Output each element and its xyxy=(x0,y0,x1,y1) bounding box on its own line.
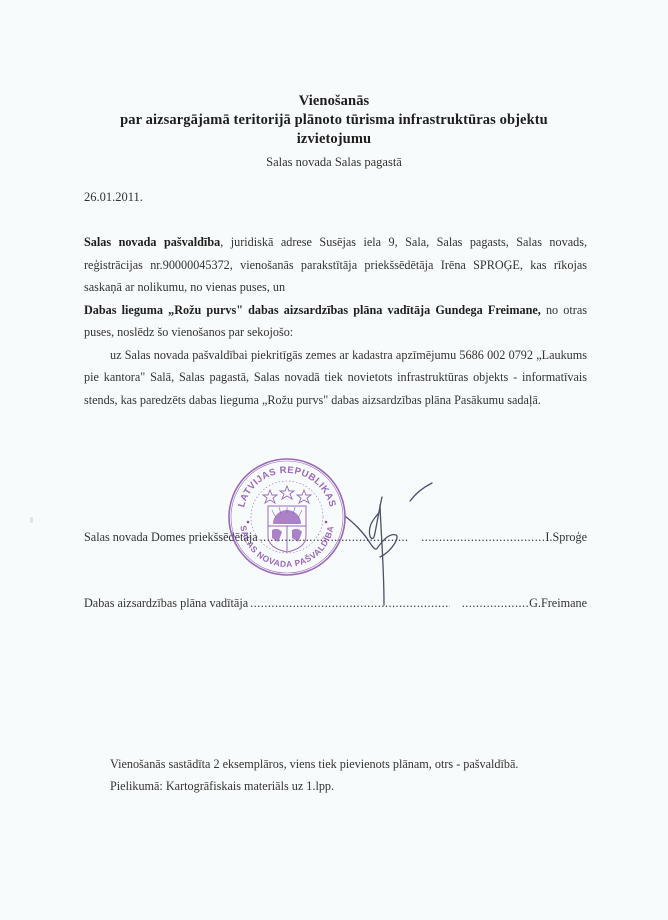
party-2-name: Dabas lieguma „Rožu purvs" dabas aizsard… xyxy=(84,303,541,317)
footer-attachment-note: Pielikumā: Kartogrāfiskais materiāls uz … xyxy=(110,775,518,797)
document-title-line-3: izvietojumu xyxy=(0,130,668,149)
party-1-name: Salas novada pašvaldība xyxy=(84,235,220,249)
document-page: Vienošanās par aizsargājamā teritorijā p… xyxy=(0,0,668,920)
signature-line-plan-manager: Dabas aizsardzības plāna vadītāja ......… xyxy=(84,596,587,611)
scan-artifact xyxy=(30,517,33,523)
footer-copies-note: Vienošanās sastādīta 2 eksemplāros, vien… xyxy=(110,753,518,775)
official-stamp-icon: LATVIJAS REPUBLIKAS SALAS NOVADA PAŠVALD… xyxy=(226,456,348,578)
document-footer: Vienošanās sastādīta 2 eksemplāros, vien… xyxy=(110,753,518,797)
party-1-paragraph: Salas novada pašvaldība, juridiskā adres… xyxy=(84,231,587,299)
agreement-clause: uz Salas novada pašvaldībai piekritīgās … xyxy=(84,344,587,412)
signature-role: Salas novada Domes priekšsēdētāja xyxy=(84,530,258,545)
signatory-name: I.Sproģe xyxy=(545,530,587,545)
agreement-body: Salas novada pašvaldība, juridiskā adres… xyxy=(84,231,587,411)
party-2-paragraph: Dabas lieguma „Rožu purvs" dabas aizsard… xyxy=(84,299,587,344)
document-date: 26.01.2011. xyxy=(84,190,143,205)
signature-dots: ........................................… xyxy=(260,530,410,545)
signature-dots: ................... xyxy=(462,596,529,611)
signature-dots: ................................... xyxy=(421,530,545,545)
document-title-line-2: par aizsargājamā teritorijā plānoto tūri… xyxy=(0,111,668,130)
document-subtitle: Salas novada Salas pagastā xyxy=(0,153,668,171)
handwritten-signature-icon xyxy=(340,475,440,615)
signature-dots: ........................................… xyxy=(250,596,450,611)
document-title-line-1: Vienošanās xyxy=(0,92,668,111)
signature-role: Dabas aizsardzības plāna vadītāja xyxy=(84,596,248,611)
svg-text:LATVIJAS REPUBLIKAS: LATVIJAS REPUBLIKAS xyxy=(236,465,338,509)
signature-line-chairwoman: Salas novada Domes priekšsēdētāja ......… xyxy=(84,530,587,545)
signatory-name: G.Freimane xyxy=(529,596,587,611)
document-header: Vienošanās par aizsargājamā teritorijā p… xyxy=(0,92,668,171)
